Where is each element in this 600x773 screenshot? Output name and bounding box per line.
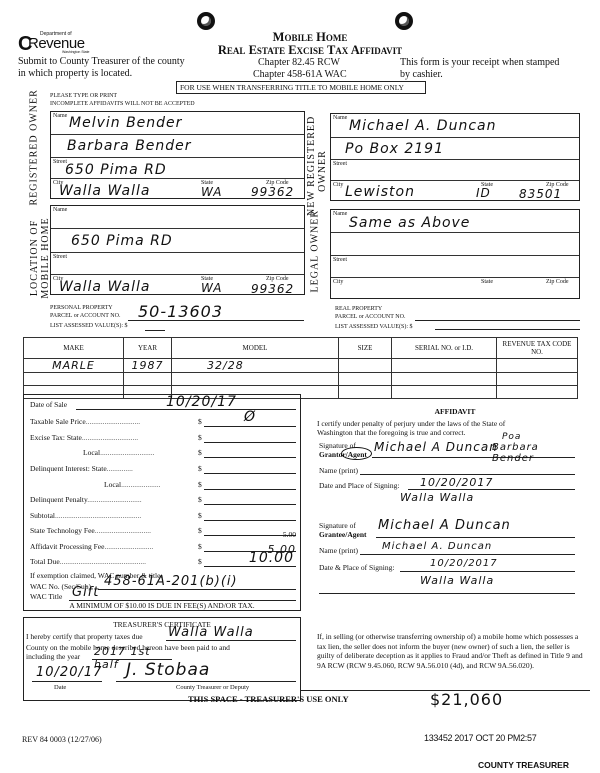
county-treasurer-stamp: COUNTY TREASURER <box>478 760 569 770</box>
cell-year[interactable]: 1987 <box>124 359 172 373</box>
delinquent-penalty-field[interactable] <box>204 493 296 505</box>
legal-owner-box: Name Same as Above Street City State Zip… <box>330 209 580 299</box>
reg-owner-name2[interactable]: Barbara Bender <box>67 138 192 154</box>
new-owner-city[interactable]: Lewiston <box>345 184 415 200</box>
usage-banner: FOR USE WHEN TRANSFERRING TITLE TO MOBIL… <box>176 81 426 94</box>
legal-owner-name[interactable]: Same as Above <box>349 215 470 231</box>
new-address-row[interactable]: Po Box 2191 <box>331 138 579 160</box>
treasurer-signature[interactable]: J. Stobaa <box>126 660 210 680</box>
real-parcel-field[interactable] <box>415 312 580 321</box>
cell-serial[interactable] <box>392 386 497 399</box>
currency-sign: $ <box>198 480 202 489</box>
wac-no-value[interactable]: 458-61A-201(b)(i) <box>104 574 238 589</box>
loc-city-row[interactable]: City Walla Walla State WA Zip Code 99362 <box>51 275 304 296</box>
grantor-signature[interactable]: Michael A Duncan <box>374 440 498 454</box>
grantor-poa-name: Barbara Bender <box>492 442 575 464</box>
chapter-wac: Chapter 458-61A WAC <box>253 69 347 80</box>
revenue-logo: C Department of Revenue Washington State <box>18 30 90 56</box>
treasurer-county-field[interactable]: Walla Walla <box>166 629 296 641</box>
loc-state[interactable]: WA <box>201 281 222 295</box>
wac-title-value[interactable]: Gift <box>72 585 99 600</box>
currency-sign: $ <box>198 526 202 535</box>
currency-sign: $ <box>198 495 202 504</box>
currency-sign: $ <box>198 464 202 473</box>
submit-note-2: in which property is located. <box>18 68 132 79</box>
street-label: Street <box>53 254 67 260</box>
punch-hole-right <box>395 12 413 30</box>
section-legal-owner: LEGAL OWNER <box>310 213 321 293</box>
state-label: State <box>481 279 493 285</box>
fee-row: Delinquent Penalty......................… <box>30 495 142 504</box>
subtotal-field[interactable] <box>204 509 296 521</box>
currency-sign: $ <box>198 557 202 566</box>
real-assessed-field[interactable] <box>435 322 580 330</box>
reg-owner-state[interactable]: WA <box>201 185 222 199</box>
treasurer-title: TREASURER'S CERTIFICATE <box>24 620 300 629</box>
punch-hole-left <box>197 12 215 30</box>
date-of-sale-value[interactable]: 10/20/17 <box>166 394 237 410</box>
form-number: REV 84 0003 (12/27/06) <box>22 735 102 744</box>
treasurer-year-field[interactable]: 2017 1st half <box>92 650 172 660</box>
loc-address-row[interactable]: 650 Pima RD <box>51 229 304 253</box>
new-name-row[interactable]: Name Michael A. Duncan <box>331 114 579 138</box>
legal-street-row[interactable]: Street <box>331 256 579 278</box>
street-label: Street <box>333 161 347 167</box>
reg-city-row[interactable]: City Walla Walla State WA Zip Code 99362 <box>51 179 304 200</box>
new-owner-name[interactable]: Michael A. Duncan <box>349 118 496 134</box>
fee-row: Subtotal................................… <box>30 511 141 520</box>
loc-city[interactable]: Walla Walla <box>59 279 150 295</box>
reg-name2-row[interactable]: Barbara Bender <box>51 135 304 158</box>
grantee-name-label: Name (print) <box>319 546 358 555</box>
treasurer-county[interactable]: Walla Walla <box>168 625 254 640</box>
taxable-price-field[interactable]: Ø <box>204 415 296 427</box>
real-assessed-label: LIST ASSESSED VALUE(S): $ <box>335 324 413 330</box>
grantor-date-field[interactable]: 10/20/2017 <box>408 480 575 490</box>
cell-model[interactable]: 32/28 <box>172 359 339 373</box>
reg-name-row[interactable]: Name Melvin Bender <box>51 112 304 135</box>
grantee-date-field[interactable]: 10/20/2017 <box>400 562 575 572</box>
mobile-home-table: MAKE YEAR MODEL SIZE SERIAL NO. or I.D. … <box>23 337 578 399</box>
cell-serial[interactable] <box>392 373 497 386</box>
cell-year[interactable] <box>124 373 172 386</box>
grantor-signature-field[interactable]: Michael A Duncan Poa Barbara Bender <box>372 448 575 458</box>
cell-size[interactable] <box>339 373 392 386</box>
real-property-label: REAL PROPERTY <box>335 306 382 312</box>
section-registered-owner: REGISTERED OWNER <box>29 126 40 206</box>
name-label: Name <box>53 207 67 213</box>
tech-fee-value: 5.00 <box>283 530 296 539</box>
total-due-field[interactable]: 10.00 <box>204 555 296 567</box>
col-make: MAKE <box>24 338 124 359</box>
col-serial: SERIAL NO. or I.D. <box>392 338 497 359</box>
fee-row: Local............................. <box>83 448 154 457</box>
currency-sign: $ <box>198 417 202 426</box>
instruction-incomplete: INCOMPLETE AFFIDAVITS WILL NOT BE ACCEPT… <box>50 101 195 107</box>
street-label: Street <box>333 257 347 263</box>
wac-title-field[interactable]: Gift <box>69 590 296 601</box>
currency-sign: $ <box>198 511 202 520</box>
col-revenue-code: REVENUE TAX CODE NO. <box>497 338 578 359</box>
personal-parcel-label: PARCEL or ACCOUNT NO. <box>50 313 120 319</box>
grantor-poa: Poa <box>502 432 521 442</box>
currency-sign: $ <box>198 448 202 457</box>
wac-title-label: WAC Title <box>30 592 62 601</box>
grantor-date-label: Date and Place of Signing: <box>319 481 399 490</box>
new-owner-address[interactable]: Po Box 2191 <box>345 141 444 157</box>
cell-size[interactable] <box>339 359 392 373</box>
new-owner-zip[interactable]: 83501 <box>519 187 562 201</box>
loc-address[interactable]: 650 Pima RD <box>71 233 173 249</box>
form-title-line2: Real Estate Excise Tax Affidavit <box>180 43 440 58</box>
delinquent-local-field[interactable] <box>204 478 296 490</box>
legal-name2-row[interactable] <box>331 233 579 256</box>
treasurer-line1: I hereby certify that property taxes due <box>26 632 143 641</box>
legal-name-row[interactable]: Name Same as Above <box>331 210 579 233</box>
currency-sign: $ <box>198 433 202 442</box>
fee-row: Taxable Sale Price......................… <box>30 417 140 426</box>
treasurer-use-label: THIS SPACE - TREASURER'S USE ONLY <box>188 694 349 704</box>
reg-owner-zip[interactable]: 99362 <box>251 185 294 199</box>
grantor-date[interactable]: 10/20/2017 <box>420 476 493 489</box>
section-location: LOCATION OFMOBILE HOME <box>29 214 51 302</box>
fee-row: Affidavit Processing Fee................… <box>30 542 153 551</box>
delinquent-state-field[interactable] <box>204 462 296 474</box>
fee-row: Excise Tax: State.......................… <box>30 433 138 442</box>
grantee-signature[interactable]: Michael A Duncan <box>378 518 511 533</box>
grantee-sig-label: Signature of <box>319 521 356 530</box>
grantor-name-field[interactable] <box>360 466 575 475</box>
table-row <box>24 373 578 386</box>
logo-state: Washington State <box>62 50 90 54</box>
personal-assessed-label: LIST ASSESSED VALUE(S): $ <box>50 323 128 329</box>
minimum-note: A MINIMUM OF $10.00 IS DUE IN FEE(S) AND… <box>24 601 300 610</box>
lien-warning-text: If, in selling (or otherwise transferrin… <box>317 632 587 670</box>
fee-row: Delinquent Interest: State.............. <box>30 464 133 473</box>
currency-sign: $ <box>198 542 202 551</box>
treasurer-line3: including the year <box>26 652 80 661</box>
excise-state-field[interactable] <box>204 431 296 443</box>
treasurer-date-field[interactable]: 10/20/17 <box>32 668 102 682</box>
treasurer-date-label: Date <box>54 684 66 691</box>
receipt-stamp: 133452 2017 OCT 20 PM2:57 <box>424 733 536 743</box>
cell-make[interactable]: MARLE <box>24 359 124 373</box>
new-city-row[interactable]: City Lewiston State ID Zip Code 83501 <box>331 181 579 202</box>
reg-owner-city[interactable]: Walla Walla <box>59 183 150 199</box>
loc-street-row[interactable]: Street <box>51 253 304 275</box>
treasurer-amount: $21,060 <box>430 690 503 709</box>
treasurer-signer-label: County Treasurer or Deputy <box>176 684 249 691</box>
grantee-place[interactable]: Walla Walla <box>420 574 494 587</box>
grantor-name-label: Name (print) <box>319 466 358 475</box>
name-label: Name <box>53 113 67 119</box>
col-year: YEAR <box>124 338 172 359</box>
table-row: MARLE 1987 32/28 <box>24 359 578 373</box>
reg-street-row[interactable]: Street 650 Pima RD <box>51 158 304 179</box>
col-model: MODEL <box>172 338 339 359</box>
treasurer-certificate-box: TREASURER'S CERTIFICATE I hereby certify… <box>23 617 301 701</box>
fee-row: Local..................... <box>104 480 160 489</box>
cell-revenue-code[interactable] <box>497 373 578 386</box>
treasurer-signature-field[interactable]: J. Stobaa <box>116 668 296 682</box>
cell-size[interactable] <box>339 386 392 399</box>
loc-zip[interactable]: 99362 <box>251 282 294 296</box>
fee-row: State Technology Fee....................… <box>30 526 151 535</box>
new-street-row[interactable]: Street <box>331 160 579 181</box>
legal-city-row[interactable]: City State Zip Code <box>331 278 579 300</box>
new-owner-state[interactable]: ID <box>476 186 491 200</box>
registered-owner-box: Name Melvin Bender Barbara Bender Street… <box>50 111 305 199</box>
name-label: Name <box>333 211 347 217</box>
cell-revenue-code[interactable] <box>497 359 578 373</box>
personal-parcel-value[interactable]: 50-13603 <box>138 302 223 321</box>
receipt-note-2: by cashier. <box>400 69 443 80</box>
loc-name-row[interactable]: Name <box>51 206 304 229</box>
city-label: City <box>333 182 343 188</box>
wac-no-field[interactable]: 458-61A-201(b)(i) <box>98 577 296 590</box>
grantee-date-label: Date & Place of Signing: <box>319 563 394 572</box>
reg-owner-name1[interactable]: Melvin Bender <box>69 115 182 131</box>
fee-row: Total Due...............................… <box>30 557 146 566</box>
section-new-registered-owner: NEW REGISTEREDOWNER <box>306 126 328 216</box>
agent-circle-mark <box>341 447 372 460</box>
city-label: City <box>333 279 343 285</box>
date-of-sale-row: Date of Sale <box>30 400 67 409</box>
affidavit-title: AFFIDAVIT <box>300 407 600 416</box>
reg-owner-street[interactable]: 650 Pima RD <box>65 162 167 178</box>
total-due-value[interactable]: 10.00 <box>249 550 294 566</box>
treasurer-date[interactable]: 10/20/17 <box>36 665 102 680</box>
instruction-type-print: PLEASE TYPE OR PRINT <box>50 93 117 99</box>
grantee-name[interactable]: Michael A. Duncan <box>382 541 492 552</box>
real-parcel-label: PARCEL or ACCOUNT NO. <box>335 314 405 320</box>
grantee-name-field[interactable]: Michael A. Duncan <box>360 546 575 555</box>
taxable-price-value[interactable]: Ø <box>244 409 256 425</box>
cell-revenue-code[interactable] <box>497 386 578 399</box>
excise-local-field[interactable] <box>204 446 296 458</box>
personal-parcel-field[interactable]: 50-13603 <box>128 306 304 321</box>
affidavit-text-2: Washington that the foregoing is true an… <box>317 428 466 437</box>
affidavit-divider <box>319 593 575 594</box>
personal-property-label: PERSONAL PROPERTY <box>50 305 113 311</box>
col-size: SIZE <box>339 338 392 359</box>
cell-serial[interactable] <box>392 359 497 373</box>
chapter-rcw: Chapter 82.45 RCW <box>258 57 340 68</box>
zip-label: Zip Code <box>546 279 569 285</box>
cell-model[interactable] <box>172 373 339 386</box>
receipt-note-1: This form is your receipt when stamped <box>400 57 559 68</box>
personal-assessed-field[interactable] <box>145 323 165 331</box>
grantee-date[interactable]: 10/20/2017 <box>430 558 498 569</box>
date-of-sale-label: Date of Sale <box>30 400 67 409</box>
grantee-agent-label: Grantee/Agent <box>319 530 367 539</box>
fees-box: Date of Sale 10/20/17 Taxable Sale Price… <box>23 394 301 611</box>
tech-fee-field[interactable]: 5.00 <box>204 524 296 536</box>
table-header-row: MAKE YEAR MODEL SIZE SERIAL NO. or I.D. … <box>24 338 578 359</box>
date-of-sale-field[interactable]: 10/20/17 <box>76 397 296 410</box>
name-label: Name <box>333 115 347 121</box>
new-owner-box: Name Michael A. Duncan Po Box 2191 Stree… <box>330 113 580 201</box>
grantee-signature-field[interactable]: Michael A Duncan <box>376 528 575 538</box>
location-box: Name 650 Pima RD Street City Walla Walla… <box>50 205 305 295</box>
affidavit-text-1: I certify under penalty of perjury under… <box>317 419 505 428</box>
submit-note-1: Submit to County Treasurer of the county <box>18 56 185 67</box>
grantor-place[interactable]: Walla Walla <box>400 491 474 504</box>
cell-make[interactable] <box>24 373 124 386</box>
